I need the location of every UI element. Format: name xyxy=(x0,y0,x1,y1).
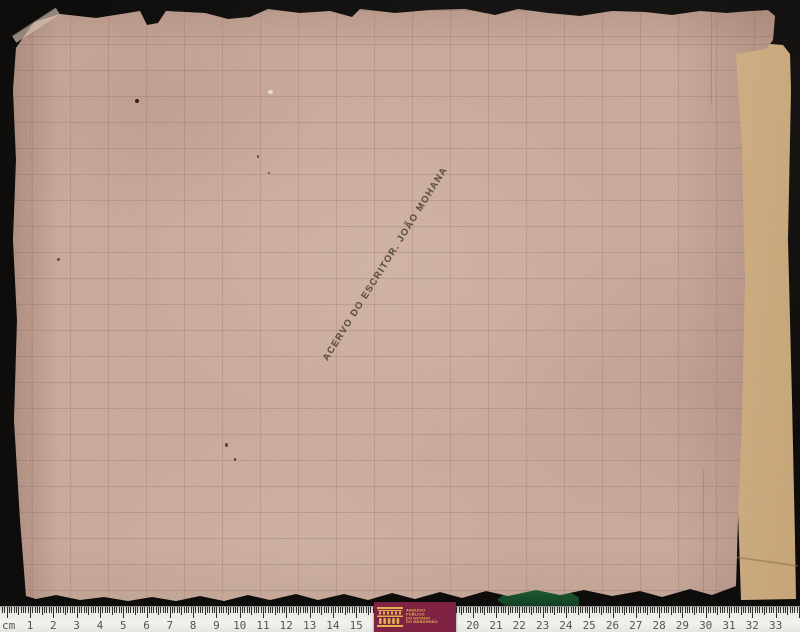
logo-text-line: DO MARANHÃO xyxy=(406,621,443,625)
ruler-tick xyxy=(128,607,129,613)
ruler-tick xyxy=(11,607,12,613)
ruler-number: 28 xyxy=(652,619,665,632)
grid-lines xyxy=(0,0,800,632)
ruler-tick xyxy=(221,607,222,613)
ruler-unit-label: cm xyxy=(2,619,15,632)
ruler-tick xyxy=(622,607,623,613)
ruler-tick xyxy=(191,607,192,613)
ruler-number: 3 xyxy=(73,619,80,632)
ruler-tick xyxy=(105,607,106,613)
ruler-tick xyxy=(654,607,655,613)
ruler-tick xyxy=(219,607,220,613)
ruler-tick xyxy=(626,607,627,613)
ruler-tick xyxy=(25,607,26,613)
ruler-tick xyxy=(463,607,464,613)
ruler-number: 1 xyxy=(27,619,34,632)
ruler-tick xyxy=(328,607,329,613)
ruler-tick xyxy=(35,607,36,613)
ruler-tick xyxy=(303,607,304,613)
ruler-tick xyxy=(32,607,33,613)
ruler-tick xyxy=(482,607,483,613)
ruler-tick xyxy=(63,607,64,613)
ruler-tick xyxy=(342,607,343,613)
ruler-tick xyxy=(317,607,318,613)
ruler-tick xyxy=(361,607,362,613)
ruler-tick xyxy=(144,607,145,613)
ruler-tick xyxy=(580,607,581,613)
ruler-tick xyxy=(582,607,583,613)
ruler-tick xyxy=(366,607,367,613)
ruler-tick xyxy=(664,607,665,613)
ruler-tick xyxy=(603,607,604,613)
ruler-number: 13 xyxy=(303,619,316,632)
ruler-tick xyxy=(319,607,320,613)
ruler-tick xyxy=(121,607,122,613)
ruler-tick xyxy=(37,607,38,613)
ruler-tick xyxy=(550,607,551,613)
ruler-tick xyxy=(195,607,196,613)
ruler-number: 4 xyxy=(97,619,104,632)
ruler-tick xyxy=(30,607,31,618)
ruler-tick xyxy=(237,607,238,613)
ruler-tick xyxy=(293,607,294,613)
ruler-number: 29 xyxy=(676,619,689,632)
ruler-tick xyxy=(666,607,667,613)
ruler-number: 24 xyxy=(559,619,572,632)
ruler-tick xyxy=(258,607,259,613)
ruler-number: 22 xyxy=(513,619,526,632)
ruler-tick xyxy=(517,607,518,613)
ruler-tick xyxy=(56,607,57,613)
ruler-tick xyxy=(619,607,620,613)
paper-speck xyxy=(135,99,139,103)
ruler-tick xyxy=(137,607,138,613)
ruler-tick xyxy=(543,607,544,618)
ruler-tick xyxy=(477,607,478,613)
ruler-tick xyxy=(286,607,287,618)
paper-speck xyxy=(257,155,259,158)
ruler-tick xyxy=(296,607,297,613)
ruler-tick xyxy=(247,607,248,613)
ruler-tick xyxy=(370,607,371,613)
ruler-tick xyxy=(633,607,634,613)
ruler-tick xyxy=(529,607,530,613)
ruler-tick xyxy=(571,607,572,613)
ruler-tick xyxy=(79,607,80,613)
ruler-tick xyxy=(501,607,502,613)
ruler-tick xyxy=(170,607,171,618)
ruler-tick xyxy=(284,607,285,613)
ruler-number: 15 xyxy=(350,619,363,632)
ruler-tick xyxy=(559,607,560,613)
ruler-tick xyxy=(209,607,210,613)
ruler-number: 31 xyxy=(722,619,735,632)
ruler-tick xyxy=(610,607,611,613)
ruler-tick xyxy=(265,607,266,613)
ruler-tick xyxy=(140,607,141,613)
ruler-tick xyxy=(615,607,616,613)
ruler-tick xyxy=(16,607,17,613)
ruler-number: 26 xyxy=(606,619,619,632)
ruler-tick xyxy=(254,607,255,613)
ruler-tick xyxy=(51,607,52,613)
ruler-tick xyxy=(787,607,788,615)
ruler-number: 11 xyxy=(256,619,269,632)
ruler-tick xyxy=(573,607,574,613)
archive-logo-badge: ARQUIVO PÚBLICO DO ESTADO DO MARANHÃO xyxy=(374,602,456,632)
ruler-tick xyxy=(708,607,709,613)
ruler-tick xyxy=(790,607,791,613)
ruler-tick xyxy=(547,607,548,613)
ruler-number: 9 xyxy=(213,619,220,632)
ruler-tick xyxy=(340,607,341,613)
ruler-tick xyxy=(226,607,227,613)
ruler-tick xyxy=(81,607,82,613)
ruler-tick xyxy=(566,607,567,618)
ruler-tick xyxy=(112,607,113,615)
ruler-tick xyxy=(126,607,127,613)
ruler-tick xyxy=(184,607,185,613)
ruler-tick xyxy=(100,607,101,618)
ruler-tick xyxy=(650,607,651,613)
ruler-tick xyxy=(186,607,187,613)
ruler-tick xyxy=(123,607,124,618)
ruler-tick xyxy=(673,607,674,613)
ruler-tick xyxy=(160,607,161,613)
ruler-tick xyxy=(643,607,644,613)
ruler-tick xyxy=(706,607,707,618)
ruler-tick xyxy=(561,607,562,613)
paper-speck xyxy=(234,458,236,461)
ruler-tick xyxy=(216,607,217,618)
ruler-tick xyxy=(321,607,322,615)
ruler-tick xyxy=(687,607,688,613)
ruler-tick xyxy=(710,607,711,613)
ruler-tick xyxy=(261,607,262,613)
ruler-tick xyxy=(324,607,325,613)
ruler-tick xyxy=(717,607,718,615)
ruler-tick xyxy=(88,607,89,615)
ruler-tick xyxy=(540,607,541,613)
ruler-tick xyxy=(46,607,47,613)
ruler-tick xyxy=(349,607,350,613)
ruler-tick xyxy=(685,607,686,613)
ruler-tick xyxy=(475,607,476,613)
ruler-tick xyxy=(235,607,236,613)
ruler-tick xyxy=(53,607,54,618)
ruler-tick xyxy=(491,607,492,613)
paper-speck xyxy=(57,258,60,261)
ruler-tick xyxy=(282,607,283,613)
ruler-tick xyxy=(745,607,746,613)
ruler-tick xyxy=(757,607,758,613)
ruler-tick xyxy=(147,607,148,618)
ruler-tick xyxy=(345,607,346,615)
ruler-tick xyxy=(49,607,50,613)
ruler-tick xyxy=(575,607,576,613)
ruler-tick xyxy=(263,607,264,618)
ruler-tick xyxy=(359,607,360,613)
ruler-tick xyxy=(333,607,334,618)
ruler-number: 8 xyxy=(190,619,197,632)
ruler-tick xyxy=(599,607,600,613)
ruler-tick xyxy=(498,607,499,613)
ruler-tick xyxy=(773,607,774,613)
ruler-tick xyxy=(638,607,639,613)
ruler-tick xyxy=(300,607,301,613)
crease-line xyxy=(703,470,704,595)
ruler-tick xyxy=(552,607,553,613)
ruler-tick xyxy=(722,607,723,613)
ruler-tick xyxy=(748,607,749,613)
ruler-tick xyxy=(165,607,166,613)
ruler-tick xyxy=(592,607,593,613)
ruler-tick xyxy=(699,607,700,613)
ruler-tick xyxy=(578,607,579,615)
ruler-tick xyxy=(545,607,546,613)
ruler-tick xyxy=(356,607,357,618)
ruler-tick xyxy=(230,607,231,613)
ruler-tick xyxy=(480,607,481,613)
ruler-tick xyxy=(531,607,532,615)
ruler-tick xyxy=(585,607,586,613)
ruler-tick xyxy=(515,607,516,613)
ruler-tick xyxy=(631,607,632,613)
ruler-number: 5 xyxy=(120,619,127,632)
ruler-tick xyxy=(352,607,353,613)
ruler-tick xyxy=(212,607,213,613)
paper-speck xyxy=(268,172,270,174)
ruler-tick xyxy=(680,607,681,613)
ruler-number: 23 xyxy=(536,619,549,632)
ruler-tick xyxy=(736,607,737,613)
ruler-tick xyxy=(456,607,457,613)
ruler-tick xyxy=(107,607,108,613)
ruler-tick xyxy=(368,607,369,615)
ruler-tick xyxy=(181,607,182,615)
ruler-tick xyxy=(724,607,725,613)
ruler-tick xyxy=(28,607,29,613)
ruler-tick xyxy=(512,607,513,613)
ruler-tick xyxy=(312,607,313,613)
ruler-tick xyxy=(130,607,131,613)
ruler-tick xyxy=(70,607,71,613)
ruler-tick xyxy=(331,607,332,613)
ruler-number: 30 xyxy=(699,619,712,632)
paper-speck xyxy=(225,443,228,447)
ruler-tick xyxy=(657,607,658,613)
ruler-tick xyxy=(780,607,781,613)
ruler-tick xyxy=(95,607,96,613)
ruler-tick xyxy=(689,607,690,613)
ruler-tick xyxy=(256,607,257,613)
ruler-tick xyxy=(678,607,679,613)
ruler-tick xyxy=(536,607,537,613)
ruler-tick xyxy=(275,607,276,615)
ruler-tick xyxy=(533,607,534,613)
ruler-tick xyxy=(14,607,15,613)
ruler-tick xyxy=(647,607,648,615)
ruler-tick xyxy=(42,607,43,615)
photo-background: ACERVO DO ESCRITOR. JOÃO MOHANA 12345678… xyxy=(0,0,800,632)
ruler-tick xyxy=(659,607,660,618)
ruler-tick xyxy=(720,607,721,613)
ruler-tick xyxy=(729,607,730,618)
ruler-tick xyxy=(39,607,40,613)
ruler-tick xyxy=(279,607,280,613)
ruler-tick xyxy=(601,607,602,615)
ruler-tick xyxy=(354,607,355,613)
ruler-tick xyxy=(505,607,506,613)
ruler-tick xyxy=(701,607,702,613)
ruler-tick xyxy=(298,607,299,615)
ruler-tick xyxy=(731,607,732,613)
ruler-tick xyxy=(568,607,569,613)
ruler-tick xyxy=(179,607,180,613)
ruler-tick xyxy=(223,607,224,613)
ruler-tick xyxy=(636,607,637,618)
ruler-tick xyxy=(694,607,695,615)
ruler-tick xyxy=(522,607,523,613)
ruler-tick xyxy=(468,607,469,613)
ruler-tick xyxy=(93,607,94,613)
ruler-number: 12 xyxy=(280,619,293,632)
ruler-tick xyxy=(519,607,520,618)
ruler-tick xyxy=(538,607,539,613)
ruler-number: 27 xyxy=(629,619,642,632)
ruler-tick xyxy=(564,607,565,613)
ruler-tick xyxy=(624,607,625,615)
ruler-tick xyxy=(510,607,511,613)
ruler-tick xyxy=(142,607,143,613)
ruler-tick xyxy=(268,607,269,613)
crease-line xyxy=(711,10,712,105)
ruler-tick xyxy=(526,607,527,613)
ruler-tick xyxy=(177,607,178,613)
ruler-tick xyxy=(771,607,772,613)
ruler-tick xyxy=(98,607,99,613)
ruler-tick xyxy=(244,607,245,613)
ruler-number: 21 xyxy=(489,619,502,632)
logo-text: ARQUIVO PÚBLICO DO ESTADO DO MARANHÃO xyxy=(406,609,443,625)
ruler-tick xyxy=(72,607,73,613)
ruler-tick xyxy=(557,607,558,613)
ruler-tick xyxy=(84,607,85,613)
ruler-tick xyxy=(314,607,315,613)
ruler-tick xyxy=(338,607,339,613)
ruler-tick xyxy=(489,607,490,613)
ruler-tick xyxy=(734,607,735,613)
ruler-tick xyxy=(174,607,175,613)
ruler-tick xyxy=(776,607,777,618)
ruler-tick xyxy=(783,607,784,613)
ruler-tick xyxy=(270,607,271,613)
ruler-tick xyxy=(116,607,117,613)
ruler-tick xyxy=(640,607,641,613)
ruler-number: 32 xyxy=(746,619,759,632)
ruler-tick xyxy=(661,607,662,613)
ruler-tick xyxy=(4,607,5,613)
ruler-tick xyxy=(617,607,618,613)
ruler-tick xyxy=(7,607,8,618)
ruler-tick xyxy=(291,607,292,613)
ruler-tick xyxy=(778,607,779,613)
ruler-tick xyxy=(703,607,704,613)
ruler-tick xyxy=(67,607,68,613)
ruler-tick xyxy=(508,607,509,615)
ruler-tick xyxy=(158,607,159,615)
ruler-number: 7 xyxy=(166,619,173,632)
ruler-tick xyxy=(2,607,3,613)
building-icon xyxy=(377,607,403,627)
ruler-tick xyxy=(524,607,525,613)
ruler-tick xyxy=(193,607,194,618)
ruler-tick xyxy=(461,607,462,615)
ruler-tick xyxy=(228,607,229,615)
ruler-tick xyxy=(153,607,154,613)
ruler-number: 33 xyxy=(769,619,782,632)
ruler-tick xyxy=(594,607,595,613)
ruler-tick xyxy=(335,607,336,613)
ruler-tick xyxy=(741,607,742,615)
ruler-tick xyxy=(251,607,252,615)
ruler-number: 20 xyxy=(466,619,479,632)
ruler-tick xyxy=(151,607,152,613)
ruler-tick xyxy=(65,607,66,615)
ruler-tick xyxy=(755,607,756,613)
ruler-number: 6 xyxy=(143,619,150,632)
ruler-tick xyxy=(202,607,203,613)
ruler-tick xyxy=(613,607,614,618)
ruler-number: 2 xyxy=(50,619,57,632)
ruler-tick xyxy=(133,607,134,613)
ruler-tick xyxy=(305,607,306,613)
ruler-tick xyxy=(277,607,278,613)
ruler-tick xyxy=(21,607,22,613)
ruler-tick xyxy=(167,607,168,613)
ruler-tick xyxy=(503,607,504,613)
ruler-tick xyxy=(494,607,495,613)
ruler-tick xyxy=(466,607,467,613)
ruler-tick xyxy=(135,607,136,615)
ruler-tick xyxy=(762,607,763,613)
ruler-tick xyxy=(74,607,75,613)
ruler-tick xyxy=(759,607,760,613)
ruler-tick xyxy=(743,607,744,613)
ruler-tick xyxy=(794,607,795,613)
ruler-tick xyxy=(750,607,751,613)
paper-speck xyxy=(268,90,273,94)
ruler-tick xyxy=(608,607,609,613)
ruler-tick xyxy=(114,607,115,613)
ruler-tick xyxy=(738,607,739,613)
ruler-tick xyxy=(289,607,290,613)
ruler-tick xyxy=(675,607,676,613)
ruler-tick xyxy=(470,607,471,613)
ruler-tick xyxy=(589,607,590,618)
ruler-tick xyxy=(715,607,716,613)
ruler-tick xyxy=(606,607,607,613)
ruler-tick xyxy=(86,607,87,613)
ruler-tick xyxy=(766,607,767,613)
document-page: ACERVO DO ESCRITOR. JOÃO MOHANA xyxy=(0,0,800,632)
ruler-tick xyxy=(752,607,753,618)
ruler-tick xyxy=(102,607,103,613)
ruler-tick xyxy=(696,607,697,613)
ruler-number: 25 xyxy=(583,619,596,632)
ruler-tick xyxy=(23,607,24,613)
ruler-tick xyxy=(156,607,157,613)
